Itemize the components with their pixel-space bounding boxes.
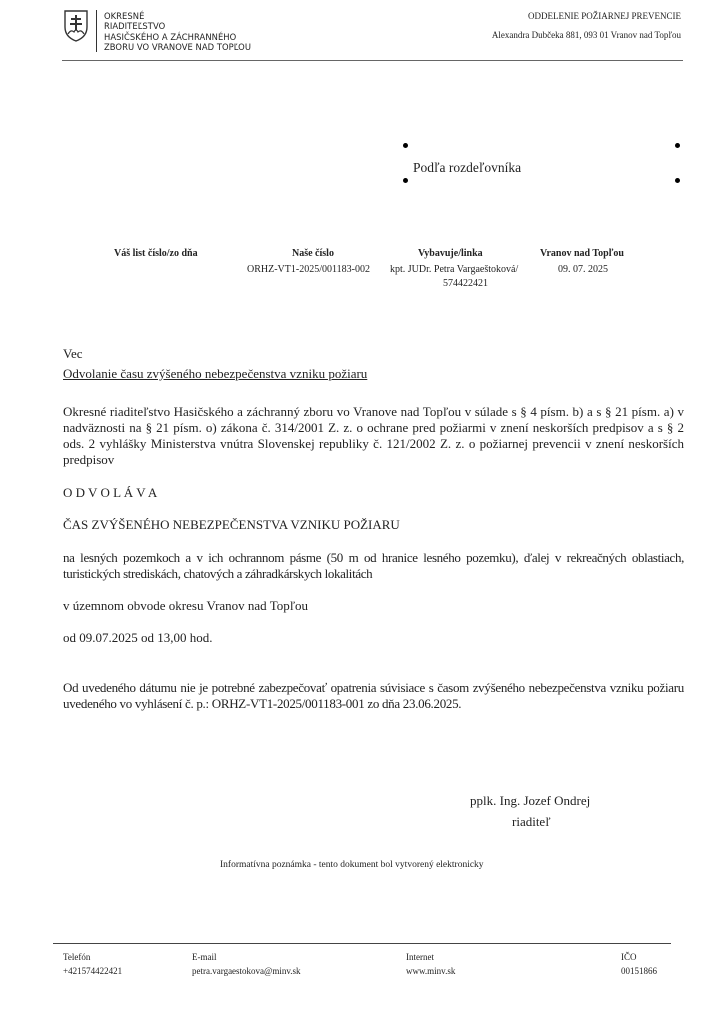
coat-of-arms-icon [63, 9, 89, 43]
effective-date: od 09.07.2025 od 13,00 hod. [63, 630, 213, 646]
recipient: Podľa rozdeľovníka [413, 160, 521, 176]
address-corner-mark [403, 143, 408, 148]
footer-ico-label: IČO [621, 952, 637, 962]
footer-phone-label: Telefón [63, 952, 90, 962]
footer-ico: 00151866 [621, 966, 657, 976]
signatory-name: pplk. Ing. Jozef Ondrej [470, 793, 590, 809]
ref-header-handled-by: Vybavuje/linka [418, 248, 483, 259]
footer-phone: +421574422421 [63, 966, 122, 976]
signatory-title: riaditeľ [512, 814, 551, 830]
department-address: Alexandra Dubčeka 881, 093 01 Vranov nad… [492, 30, 681, 40]
ref-handled-by-line: 574422421 [443, 278, 488, 289]
footer-email-label: E-mail [192, 952, 217, 962]
footer-internet-label: Internet [406, 952, 434, 962]
intro-paragraph: Okresné riaditeľstvo Hasičského a záchra… [63, 404, 684, 468]
header-divider [96, 10, 97, 52]
footer-email[interactable]: petra.vargaestokova@minv.sk [192, 966, 301, 976]
organization-name: OKRESNÉ RIADITEĽSTVO HASIČSKÉHO A ZÁCHRA… [104, 11, 251, 52]
ref-our-number: ORHZ-VT1-2025/001183-002 [247, 264, 370, 275]
subject: Odvolanie času zvýšeného nebezpečenstva … [63, 366, 367, 382]
scope-paragraph: na lesných pozemkoch a v ich ochrannom p… [63, 550, 684, 582]
declaration-heading: ČAS ZVÝŠENÉHO NEBEZPEČENSTVA VZNIKU POŽI… [63, 517, 400, 533]
address-corner-mark [675, 178, 680, 183]
ref-header-our-number: Naše číslo [292, 248, 334, 259]
ref-header-your-letter: Váš list číslo/zo dňa [114, 248, 198, 259]
informative-note: Informatívna poznámka - tento dokument b… [220, 860, 484, 870]
closing-paragraph: Od uvedeného dátumu nie je potrebné zabe… [63, 680, 684, 712]
ref-header-date: Vranov nad Topľou [540, 248, 624, 259]
subject-label: Vec [63, 346, 83, 362]
footer-rule [53, 943, 671, 944]
territory-paragraph: v územnom obvode okresu Vranov nad Topľo… [63, 598, 308, 614]
address-corner-mark [675, 143, 680, 148]
ref-date: 09. 07. 2025 [558, 264, 608, 275]
action-heading: O D V O L Á V A [63, 485, 157, 501]
footer-internet[interactable]: www.minv.sk [406, 966, 455, 976]
ref-handled-by: kpt. JUDr. Petra Vargaeštoková/ [390, 264, 518, 275]
department-name: ODDELENIE POŽIARNEJ PREVENCIE [528, 11, 681, 21]
header-rule [62, 60, 683, 61]
address-corner-mark [403, 178, 408, 183]
